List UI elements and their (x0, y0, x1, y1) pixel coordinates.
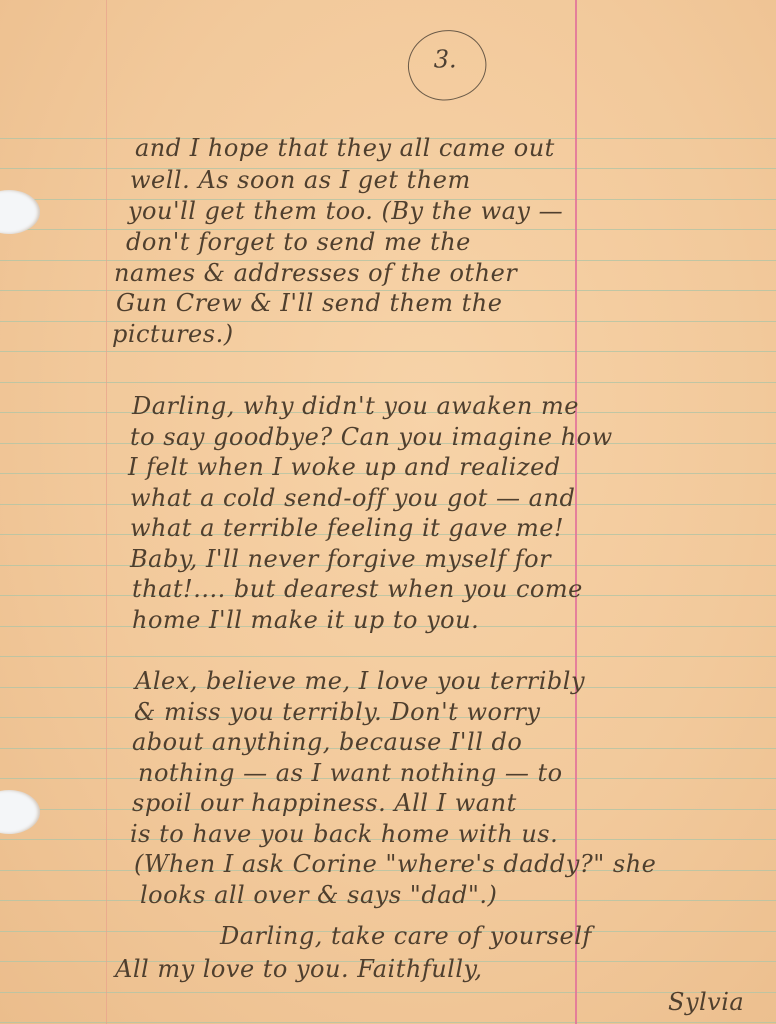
letter-line: home I'll make it up to you. (132, 606, 479, 634)
letter-line: what a cold send-off you got — and (130, 484, 575, 512)
ruled-line (0, 382, 776, 383)
ruled-line (0, 351, 776, 352)
ruled-line (0, 1022, 776, 1023)
letter-line: pictures.) (112, 320, 234, 348)
ruled-line (0, 656, 776, 657)
letter-line: about anything, because I'll do (132, 728, 522, 756)
letter-line: don't forget to send me the (126, 228, 471, 256)
closing-line: All my love to you. Faithfully, (115, 955, 483, 983)
letter-line: well. As soon as I get them (130, 166, 471, 194)
letter-line: to say goodbye? Can you imagine how (130, 423, 613, 451)
letter-line: what a terrible feeling it gave me! (130, 514, 564, 542)
letter-line: spoil our happiness. All I want (132, 789, 517, 817)
letter-line: that!.... but dearest when you come (132, 575, 583, 603)
page-number-circle: 3. (399, 20, 495, 111)
letter-line: Darling, why didn't you awaken me (132, 392, 579, 420)
letter-line: nothing — as I want nothing — to (138, 759, 563, 787)
punch-hole-bottom (0, 790, 40, 834)
left-margin-line (106, 0, 107, 1024)
letter-line: names & addresses of the other (114, 259, 517, 287)
page-number: 3. (407, 45, 483, 73)
punch-hole-top (0, 190, 40, 234)
letter-line: & miss you terribly. Don't worry (134, 698, 540, 726)
letter-page: 3. and I hope that they all came out wel… (0, 0, 776, 1024)
letter-line: is to have you back home with us. (130, 820, 558, 848)
letter-line: (When I ask Corine "where's daddy?" she (134, 850, 656, 878)
ruled-line (0, 992, 776, 993)
letter-line: I felt when I woke up and realized (128, 453, 561, 481)
letter-line: looks all over & says "dad".) (140, 881, 497, 909)
letter-line: Gun Crew & I'll send them the (116, 289, 502, 317)
letter-line: you'll get them too. (By the way — (128, 197, 563, 225)
letter-line: Alex, believe me, I love you terribly (135, 667, 585, 695)
letter-line: Baby, I'll never forgive myself for (130, 545, 551, 573)
signature: Sylvia (668, 988, 744, 1016)
letter-line: and I hope that they all came out (135, 134, 555, 162)
closing-line: Darling, take care of yourself (220, 922, 592, 950)
